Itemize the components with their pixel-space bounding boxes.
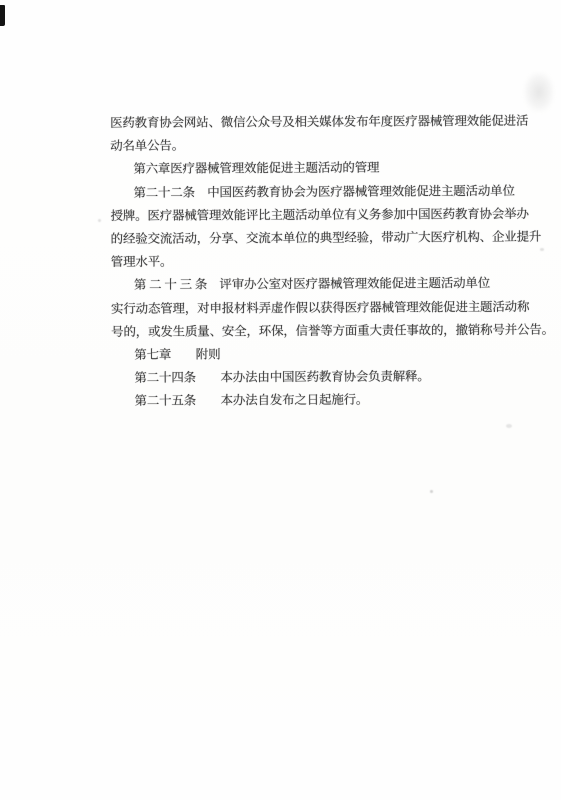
document-line: 第二十五条 本办法自发布之日起施行。 bbox=[111, 388, 541, 413]
document-line: 动名单公告。 bbox=[110, 133, 540, 158]
scan-smudge bbox=[524, 72, 554, 112]
document-line: 实行动态管理，对申报材料弄虚作假以获得医疗器械管理效能促进主题活动称 bbox=[111, 295, 541, 320]
document-line: 的经验交流活动，分享、交流本单位的典型经验，带动广大医疗机构、企业提升 bbox=[111, 226, 541, 251]
document-line: 第二十四条 本办法由中国医药教育协会负责解释。 bbox=[111, 365, 541, 390]
scan-speck bbox=[430, 490, 433, 493]
scan-speck bbox=[98, 219, 101, 222]
document-line: 第 二 十 三 条 评审办公室对医疗器械管理效能促进主题活动单位 bbox=[111, 272, 541, 297]
document-line: 号的，或发生质量、安全，环保，信誉等方面重大责任事故的，撤销称号并公告。 bbox=[111, 318, 541, 343]
scanned-page: 医药教育协会网站、微信公众号及相关媒体发布年度医疗器械管理效能促进活动名单公告。… bbox=[0, 0, 561, 800]
document-line: 授牌。医疗器械管理效能评比主题活动单位有义务参加中国医药教育协会举办 bbox=[110, 202, 540, 227]
document-line: 第六章医疗器械管理效能促进主题活动的管理 bbox=[110, 156, 540, 181]
scan-speck bbox=[506, 424, 512, 428]
document-line: 第二十二条 中国医药教育协会为医疗器械管理效能促进主题活动单位 bbox=[110, 179, 540, 204]
scan-corner-mark bbox=[0, 5, 5, 26]
document-line: 医药教育协会网站、微信公众号及相关媒体发布年度医疗器械管理效能促进活 bbox=[110, 110, 540, 135]
document-text-block: 医药教育协会网站、微信公众号及相关媒体发布年度医疗器械管理效能促进活动名单公告。… bbox=[110, 110, 542, 414]
document-line: 第七章 附则 bbox=[111, 342, 541, 367]
document-line: 管理水平。 bbox=[111, 249, 541, 274]
